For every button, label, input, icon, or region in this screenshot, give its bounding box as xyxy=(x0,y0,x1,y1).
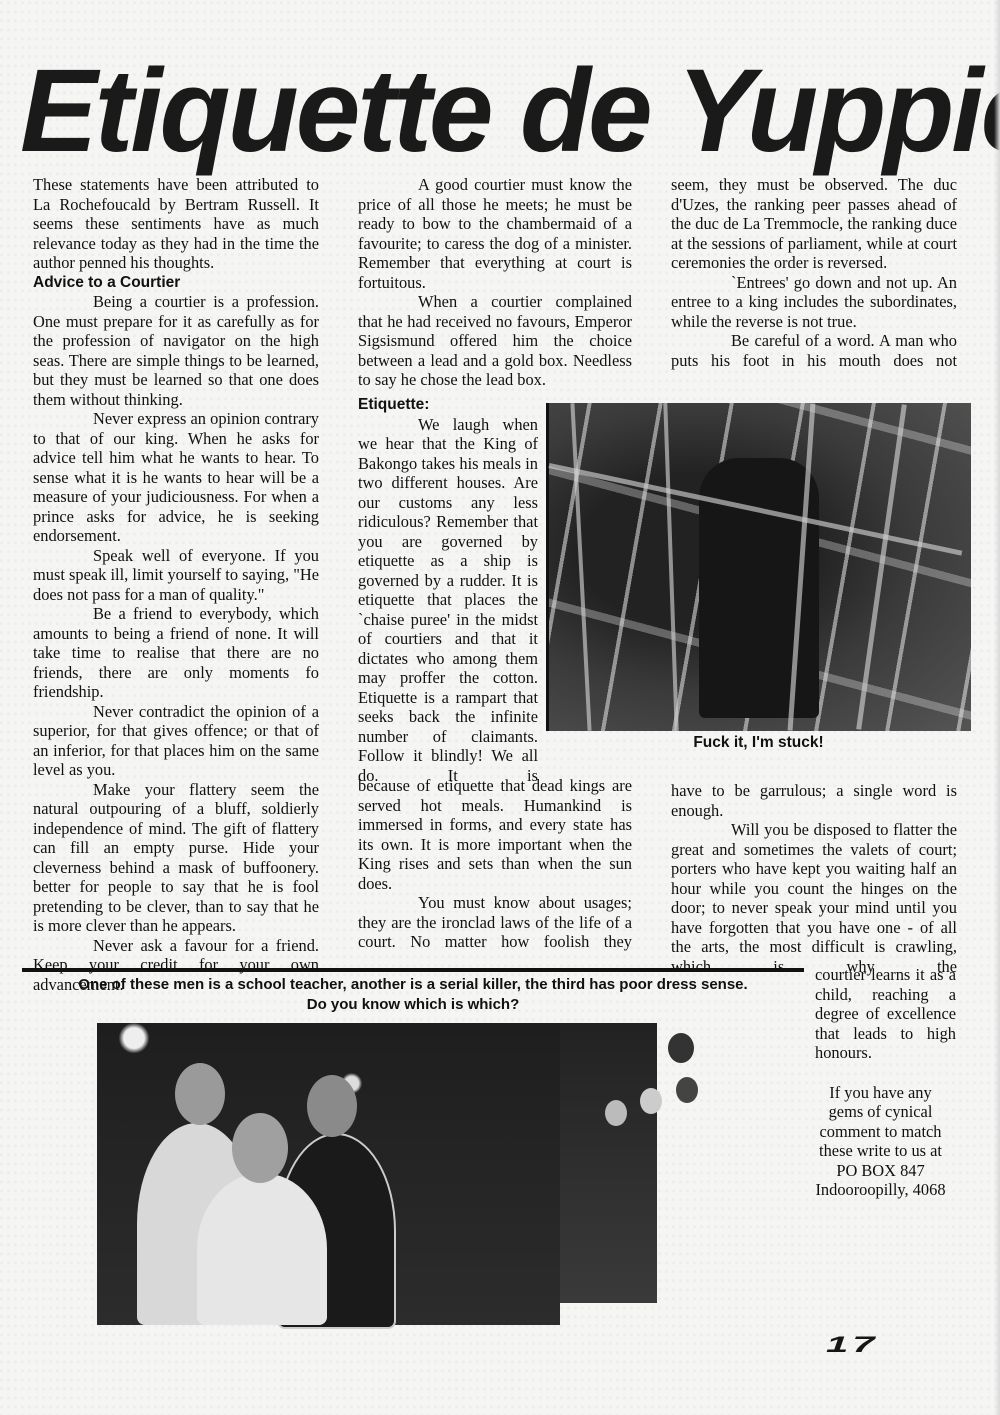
body-paragraph: Being a courtier is a profession. One mu… xyxy=(33,292,319,409)
body-paragraph: Will you be disposed to flatter the grea… xyxy=(671,820,957,976)
photo-bar xyxy=(856,404,907,730)
contact-line: If you have any xyxy=(805,1083,956,1103)
person-right-face xyxy=(307,1075,357,1137)
subhead-etiquette: Etiquette: xyxy=(358,395,538,415)
contact-line: comment to match xyxy=(805,1122,956,1142)
body-paragraph: Never express an opinion contrary to tha… xyxy=(33,409,319,546)
contact-address: Indooroopilly, 4068 xyxy=(805,1180,956,1200)
body-paragraph: You must know about usages; they are the… xyxy=(358,893,632,952)
column-2-narrow: Etiquette: We laugh when we hear that th… xyxy=(358,395,538,785)
column-2: A good courtier must know the price of a… xyxy=(358,175,632,390)
caption-line: One of these men is a school teacher, an… xyxy=(22,975,804,995)
photo-three-men xyxy=(97,1023,560,1325)
photo-caption-caged-man: Fuck it, I'm stuck! xyxy=(546,734,971,752)
subhead-advice: Advice to a Courtier xyxy=(33,273,319,293)
body-paragraph: We laugh when we hear that the King of B… xyxy=(358,415,538,786)
balloon xyxy=(640,1088,662,1114)
column-3-narrow-tail: courtier learns it as a child, reaching … xyxy=(815,965,956,1200)
photo-caged-man xyxy=(546,403,971,731)
photo-three-men-background xyxy=(560,1023,657,1303)
photo-caption-three-men: One of these men is a school teacher, an… xyxy=(22,975,804,1015)
intro-paragraph: These statements have been attributed to… xyxy=(33,175,319,273)
body-paragraph: have to be garrulous; a single word is e… xyxy=(671,781,957,820)
section-divider xyxy=(22,968,804,972)
photo-bar xyxy=(663,403,678,731)
magazine-page: Etiquette de Yuppie These statements hav… xyxy=(0,0,1000,1415)
contact-note: If you have any gems of cynical comment … xyxy=(805,1083,956,1200)
column-1: These statements have been attributed to… xyxy=(33,175,319,994)
balloon xyxy=(668,1033,694,1063)
body-paragraph: Speak well of everyone. If you must spea… xyxy=(33,546,319,605)
photo-bar xyxy=(570,403,591,731)
column-3-lower: have to be garrulous; a single word is e… xyxy=(671,781,957,976)
contact-po-box: PO BOX 847 xyxy=(805,1161,956,1181)
contact-line: these write to us at xyxy=(805,1141,956,1161)
column-2-bottom: because of etiquette that dead kings are… xyxy=(358,776,632,952)
body-paragraph: Make your flattery seem the natural outp… xyxy=(33,780,319,936)
body-paragraph: because of etiquette that dead kings are… xyxy=(358,776,632,893)
contact-line: gems of cynical xyxy=(805,1102,956,1122)
person-center xyxy=(197,1173,327,1325)
person-center-face xyxy=(232,1113,288,1183)
scan-edge xyxy=(994,0,1000,1415)
balloon xyxy=(605,1100,627,1126)
balloon xyxy=(676,1077,698,1103)
body-paragraph: seem, they must be observed. The duc d'U… xyxy=(671,175,957,273)
caption-line: Do you know which is which? xyxy=(22,995,804,1015)
body-paragraph: When a courtier complained that he had r… xyxy=(358,292,632,390)
person-left-face xyxy=(175,1063,225,1125)
column-3: seem, they must be observed. The duc d'U… xyxy=(671,175,957,370)
body-paragraph: Be careful of a word. A man who puts his… xyxy=(671,331,957,370)
body-paragraph: Be a friend to everybody, which amounts … xyxy=(33,604,319,702)
body-paragraph: courtier learns it as a child, reaching … xyxy=(815,965,956,1063)
page-number: 17 xyxy=(826,1334,879,1356)
body-paragraph: A good courtier must know the price of a… xyxy=(358,175,632,292)
body-paragraph: `Entrees' go down and not up. An entree … xyxy=(671,273,957,332)
headline: Etiquette de Yuppie xyxy=(20,52,966,170)
body-paragraph: Never contradict the opinion of a superi… xyxy=(33,702,319,780)
